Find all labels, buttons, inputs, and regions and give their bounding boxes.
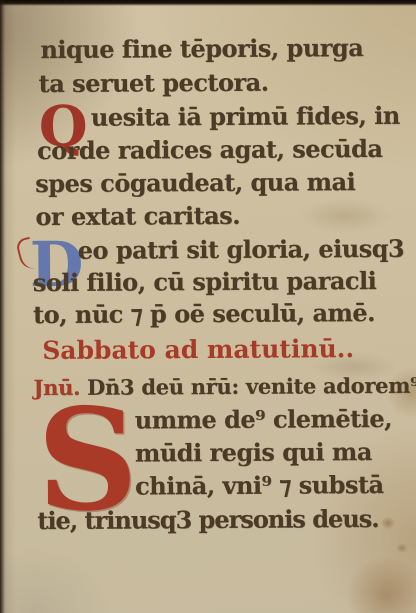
verse-line-9: to, nūc ⁊ p̄ oē seculū, amē. bbox=[33, 300, 375, 328]
verse-line-8: soli filio, cū spiritu paracli bbox=[33, 268, 377, 296]
verse-line-3: uesita iā primū fides, in bbox=[91, 103, 400, 131]
verse-line-5: spes cōgaudeat, qua mai bbox=[35, 169, 355, 197]
verse-line-14: chinā, vni⁹ ⁊ substā bbox=[135, 472, 384, 500]
verse-line-12: umme de⁹ clemētie, bbox=[135, 406, 392, 434]
verse-line-15: tie, trinusq3 personis deus. bbox=[37, 506, 378, 534]
verse-line-4: corde radices agat, secūda bbox=[37, 136, 383, 164]
rubric-line: Sabbato ad matutinū.. bbox=[42, 335, 354, 364]
verse-line-13: mūdi regis qui ma bbox=[135, 439, 372, 467]
text-block: nique fine tēporis, purga ta seruet pect… bbox=[0, 0, 416, 613]
manuscript-photo: nique fine tēporis, purga ta seruet pect… bbox=[0, 0, 416, 613]
verse-line-7: eo patri sit gloria, eiusq3 bbox=[78, 236, 405, 264]
verse-line-1: nique fine tēporis, purga bbox=[40, 35, 363, 63]
verse-line-6: or extat caritas. bbox=[35, 203, 240, 231]
